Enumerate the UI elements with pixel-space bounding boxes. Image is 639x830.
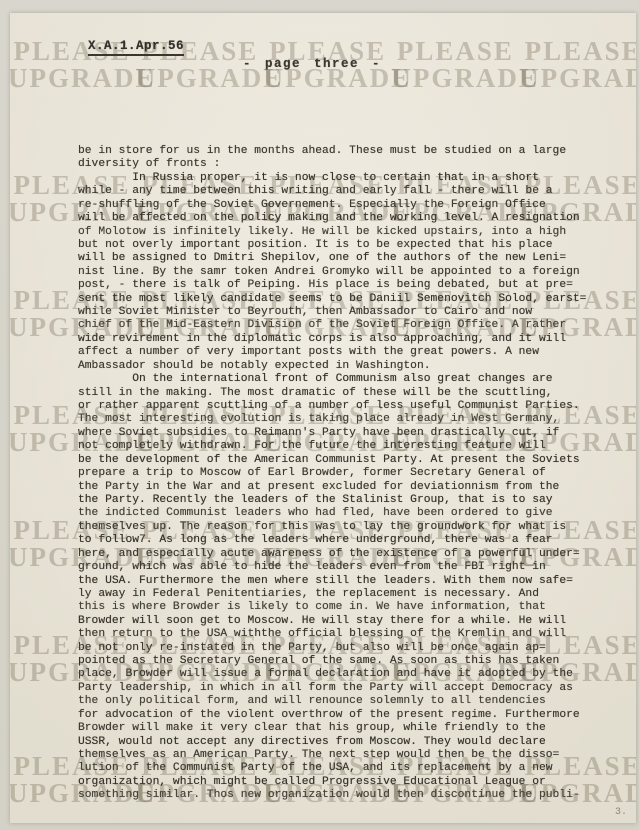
body-line: The most interesting evolution is taking… xyxy=(78,413,616,426)
body-line: sent the most likely candidate seems to … xyxy=(78,293,616,306)
body-line: Browder will make it very clear that his… xyxy=(78,722,616,735)
body-line: the USA. Furthermore the men where still… xyxy=(78,575,616,588)
body-line: something similar. Thos new organization… xyxy=(78,789,616,802)
document-reference: X.A.1.Apr.56 xyxy=(88,39,184,56)
body-line: the Party in the War and at present excl… xyxy=(78,481,616,494)
body-line: while - any time between this writing an… xyxy=(78,185,616,198)
body-line: here, and especially acute awareness of … xyxy=(78,548,616,561)
body-line: themselves up. The reason for this was t… xyxy=(78,521,616,534)
body-line: nist line. By the samr token Andrei Grom… xyxy=(78,266,616,279)
body-line: will be assigned to Dmitri Shepilov, one… xyxy=(78,252,616,265)
body-line: diversity of fronts : xyxy=(78,158,616,171)
body-line: this is where Browder is likely to come … xyxy=(78,601,616,614)
body-line: the indicted Communist leaders who had f… xyxy=(78,507,616,520)
body-line: USSR, would not accept any directives fr… xyxy=(78,736,616,749)
body-line: In Russia proper, it is now close to cer… xyxy=(78,172,616,185)
body-line: organization, which might be called Prog… xyxy=(78,776,616,789)
page-header: - page three - xyxy=(243,57,381,71)
body-line: while Soviet Minister to Beyrouth, then … xyxy=(78,306,616,319)
body-line: lution of the Communist Party of the USA… xyxy=(78,762,616,775)
page-number: 3. xyxy=(615,807,627,818)
body-line: of Molotow is infinitely likely. He will… xyxy=(78,226,616,239)
body-line: affect a number of very important posts … xyxy=(78,346,616,359)
watermark-text: PLEASEUPGRADE xyxy=(519,38,636,92)
body-line: chief of the Mid-Eastern Division of the… xyxy=(78,319,616,332)
paper: PLEASEUPGRADEPLEASEUPGRADEPLEASEUPGRADEP… xyxy=(10,13,636,823)
body-line: the only political form, and will renoun… xyxy=(78,695,616,708)
body-line: where Soviet subsidies to Reimann's Part… xyxy=(78,427,616,440)
body-line: themselves as an American Party. The nex… xyxy=(78,749,616,762)
document-body: be in store for us in the months ahead. … xyxy=(78,145,616,803)
body-line: for advocation of the violent overthrow … xyxy=(78,709,616,722)
body-line: will be affected on the policy making an… xyxy=(78,212,616,225)
body-line: Party leadership, in which in all form t… xyxy=(78,682,616,695)
body-line: be not only re-instated in the Party, bu… xyxy=(78,642,616,655)
body-line: then return to the USA withthe official … xyxy=(78,628,616,641)
body-line: not completely withdrawn. For the future… xyxy=(78,440,616,453)
body-line: post, - there is talk of Peiping. His pl… xyxy=(78,279,616,292)
body-line: re-shuffling of the Soviet Governement. … xyxy=(78,199,616,212)
body-line: wide revirement in the diplomatic corps … xyxy=(78,333,616,346)
body-line: the Party. Recently the leaders of the S… xyxy=(78,494,616,507)
body-line: ground, which was able to hide the leade… xyxy=(78,561,616,574)
body-line: prepare a trip to Moscow of Earl Browder… xyxy=(78,467,616,480)
body-line: be the development of the American Commu… xyxy=(78,454,616,467)
body-line: but not overly important position. It is… xyxy=(78,239,616,252)
scan-background: PLEASEUPGRADEPLEASEUPGRADEPLEASEUPGRADEP… xyxy=(0,0,639,830)
body-line: On the international front of Communism … xyxy=(78,373,616,386)
watermark-text: PLEASEUPGRADE xyxy=(391,38,519,92)
body-line: to follow7. As long as the leaders where… xyxy=(78,534,616,547)
body-line: or rather apparent scuttling of a number… xyxy=(78,400,616,413)
body-line: be in store for us in the months ahead. … xyxy=(78,145,616,158)
body-line: still in the making. The most dramatic o… xyxy=(78,387,616,400)
body-line: Ambassador should be notably expected in… xyxy=(78,360,616,373)
body-line: pointed as the Secretary General of the … xyxy=(78,655,616,668)
body-line: Browder will soon get to Moscow. He will… xyxy=(78,615,616,628)
body-line: ly away in Federal Penitentiaries, the r… xyxy=(78,588,616,601)
body-line: place, Browder will issue a formal decla… xyxy=(78,668,616,681)
